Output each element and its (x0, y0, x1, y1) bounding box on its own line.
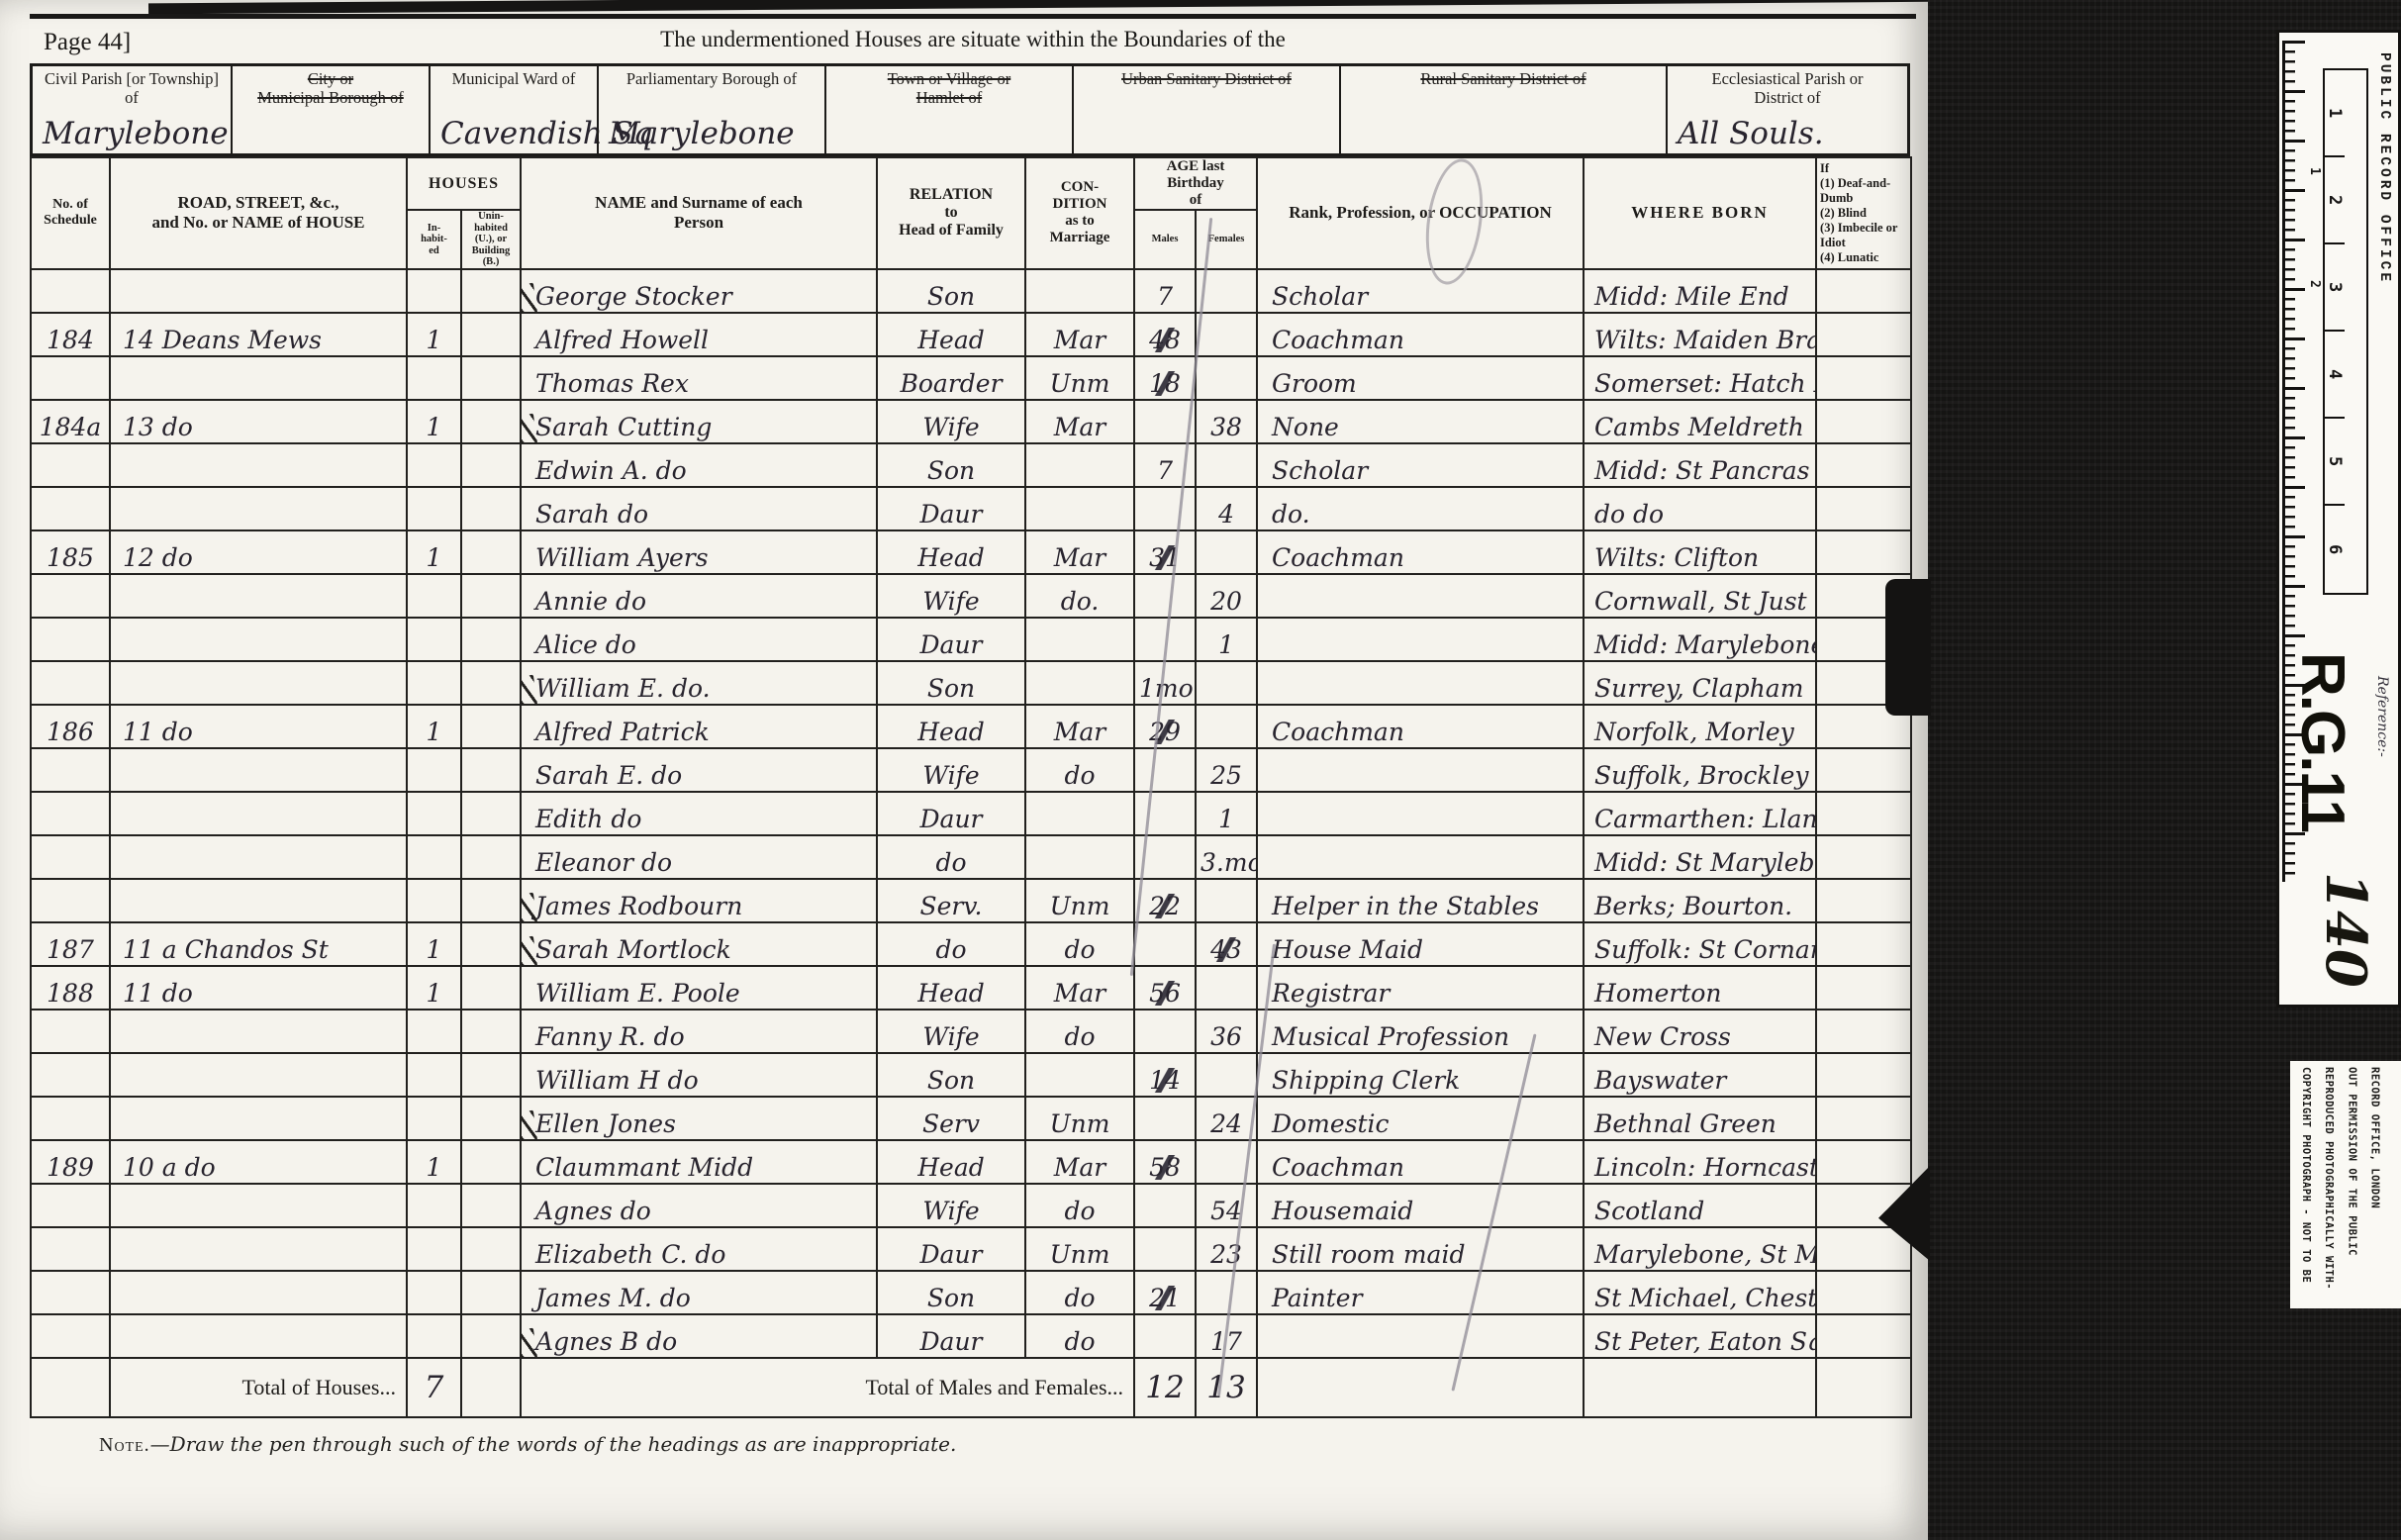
table-row: James Rodbourn Serv. Unm 22 Helper in th… (31, 879, 1911, 922)
age-male: 22 (1145, 894, 1185, 918)
age-female: 1 (1218, 630, 1234, 659)
table-row: Alice do Daur 1 Midd: Marylebone (31, 618, 1911, 661)
person-name: George Stocker (535, 282, 732, 311)
table-row: William E. do. Son 1mo Surrey, Clapham (31, 661, 1911, 705)
address (115, 1022, 123, 1051)
reference-piece: 140 (2313, 872, 2378, 988)
census-rows: George Stocker Son 7 Scholar Midd: Mile … (31, 269, 1911, 1358)
marriage-condition: Mar (1054, 413, 1105, 441)
address (115, 500, 123, 529)
reference-label: Reference:- (2374, 676, 2390, 757)
marriage-condition: do (1064, 761, 1095, 790)
schedule-number: 184a (40, 413, 102, 441)
birthplace: Wilts: Maiden Bradley (1594, 326, 1816, 354)
col-header-relation: RELATION to Head of Family (877, 157, 1025, 269)
ruler-cm-label: 1 (2307, 167, 2322, 175)
inhabited-mark: 1 (427, 1153, 442, 1182)
frame-number: 1 (2325, 70, 2345, 157)
occupation: Registrar (1272, 979, 1390, 1008)
address (115, 1066, 123, 1095)
table-row: 186 11 do 1 Alfred Patrick Head Mar 29 C… (31, 705, 1911, 748)
total-houses-label: Total of Houses... (110, 1358, 407, 1417)
table-row: Edith do Daur 1 Carmarthen: Llangynyad (31, 792, 1911, 835)
totals-row: Total of Houses... 7 Total of Males and … (31, 1358, 1911, 1417)
marriage-condition: do (1064, 1327, 1095, 1356)
table-row: Sarah E. do Wife do 25 Suffolk, Brockley (31, 748, 1911, 792)
scan-edge (148, 0, 2227, 14)
table-row: George Stocker Son 7 Scholar Midd: Mile … (31, 269, 1911, 313)
birthplace: Midd: St Pancras (1594, 456, 1809, 485)
geo-label: Rural Sanitary District of (1341, 70, 1666, 89)
occupation: Scholar (1272, 456, 1368, 485)
address (115, 456, 123, 485)
birthplace: St Peter, Eaton Sq (1594, 1327, 1816, 1356)
relation-to-head: Wife (922, 1022, 979, 1051)
birthplace: Wilts: Clifton (1594, 543, 1759, 572)
occupation: Domestic (1272, 1109, 1389, 1138)
address (115, 282, 123, 311)
occupation: None (1272, 413, 1339, 441)
birthplace: Midd: Mile End (1594, 282, 1789, 311)
age-male: 14 (1145, 1068, 1185, 1093)
address: 14 Deans Mews (115, 326, 322, 354)
person-name: William E. do. (535, 674, 711, 703)
relation-to-head: Serv. (920, 892, 983, 920)
relation-to-head: Head (917, 326, 985, 354)
relation-to-head: Son (927, 1066, 975, 1095)
inhabited-mark: 1 (427, 413, 442, 441)
totals-blank (1816, 1358, 1911, 1417)
film-frame-counter: 123456 (2323, 68, 2368, 595)
address (115, 1109, 123, 1138)
birthplace: Suffolk, Brockley (1594, 761, 1808, 790)
table-row: 185 12 do 1 William Ayers Head Mar 31 Co… (31, 530, 1911, 574)
address (115, 1197, 123, 1225)
totals-blank (1584, 1358, 1816, 1417)
occupation: Scholar (1272, 282, 1368, 311)
col-header-condition: CON- DITION as to Marriage (1025, 157, 1134, 269)
geo-label: Parliamentary Borough of (599, 70, 824, 89)
schedule-number: 189 (47, 1153, 94, 1182)
birthplace: Cornwall, St Just (1594, 587, 1807, 616)
inhabited-mark: 1 (427, 979, 442, 1008)
person-name: Thomas Rex (535, 369, 689, 398)
occupation: Still room maid (1272, 1240, 1465, 1269)
frame-number: 5 (2325, 419, 2345, 506)
col-header-males: Males (1134, 210, 1196, 269)
birthplace: Carmarthen: Llangynyad (1594, 805, 1816, 833)
person-name: James M. do (535, 1284, 691, 1312)
relation-to-head: do (935, 848, 966, 877)
inhabited-mark: 1 (427, 935, 442, 964)
ruler-cm-label: 2 (2307, 280, 2322, 288)
marriage-condition: do. (1061, 587, 1100, 616)
inhabited-mark: 1 (427, 543, 442, 572)
occupation: Shipping Clerk (1272, 1066, 1460, 1095)
total-males-cell: 12 (1134, 1358, 1196, 1417)
person-name: Elizabeth C. do (535, 1240, 725, 1269)
col-header-uninhabited: Unin- habited (U.), or Building (B.) (461, 210, 521, 269)
birthplace: Scotland (1594, 1197, 1704, 1225)
geo-label: Town or Village or Hamlet of (826, 70, 1072, 108)
geo-cell-2: Municipal Ward ofCavendish Sq (429, 66, 597, 153)
reference-series: R.G.11 (2287, 652, 2357, 831)
person-name: Fanny R. do (535, 1022, 685, 1051)
table-row: Agnes B do Daur do 17 St Peter, Eaton Sq (31, 1314, 1911, 1358)
frame-number: 3 (2325, 244, 2345, 332)
geo-label: Civil Parish [or Township] of (33, 70, 231, 108)
geo-value: Marylebone (43, 116, 229, 151)
occupation: Painter (1272, 1284, 1363, 1312)
address: 11 a Chandos St (115, 935, 329, 964)
geo-cell-5: Urban Sanitary District of (1072, 66, 1339, 153)
age-male: 21 (1145, 1286, 1185, 1310)
occupation: House Maid (1272, 935, 1423, 964)
frame-number: 6 (2325, 506, 2345, 593)
inhabited-mark: 1 (427, 326, 442, 354)
marriage-condition: Mar (1054, 979, 1105, 1008)
age-male: 31 (1145, 545, 1185, 570)
birthplace: Somerset: Hatch Beauchamp (1594, 369, 1816, 398)
occupation: do. (1272, 500, 1310, 529)
age-male: 48 (1145, 328, 1185, 352)
age-female: 25 (1210, 761, 1242, 790)
relation-to-head: Head (917, 979, 985, 1008)
person-name: Annie do (535, 587, 646, 616)
birthplace: Homerton (1594, 979, 1722, 1008)
geo-label: Ecclesiastical Parish or District of (1668, 70, 1907, 108)
relation-to-head: Daur (920, 1327, 983, 1356)
person-name: Agnes B do (535, 1327, 677, 1356)
age-male: 56 (1145, 981, 1185, 1006)
person-name: Agnes do (535, 1197, 651, 1225)
age-female: 54 (1210, 1197, 1242, 1225)
schedule-number: 186 (47, 718, 94, 746)
age-female: 20 (1210, 587, 1242, 616)
copyright-card: COPYRIGHT PHOTOGRAPH - NOT TO BE REPRODU… (2290, 1061, 2401, 1308)
table-row: James M. do Son do 21 Painter St Michael… (31, 1271, 1911, 1314)
relation-to-head: Head (917, 1153, 985, 1182)
age-male: 18 (1145, 371, 1185, 396)
person-name: Sarah do (535, 500, 648, 529)
relation-to-head: Son (927, 1284, 975, 1312)
copyright-notice: COPYRIGHT PHOTOGRAPH - NOT TO BE REPRODU… (2294, 1067, 2385, 1302)
age-female: 36 (1210, 1022, 1242, 1051)
person-name: Alfred Howell (535, 326, 709, 354)
birthplace: Midd: Marylebone (1594, 630, 1816, 659)
birthplace: Midd: St Marylebone (1594, 848, 1816, 877)
relation-to-head: Head (917, 718, 985, 746)
archive-reference-card: 1 2 123456 PUBLIC RECORD OFFICE Referenc… (2276, 30, 2401, 1008)
schedule-number: 185 (47, 543, 94, 572)
geo-label: Municipal Ward of (431, 70, 597, 89)
age-male: 58 (1145, 1155, 1185, 1180)
schedule-number: 188 (47, 979, 94, 1008)
relation-to-head: do (935, 935, 966, 964)
address (115, 1327, 123, 1356)
census-form: Page 44] The undermentioned Houses are s… (30, 14, 1916, 1457)
table-header: No. of Schedule ROAD, STREET, &c., and N… (31, 157, 1911, 269)
table-row: Edwin A. do Son 7 Scholar Midd: St Pancr… (31, 443, 1911, 487)
person-name: Sarah Cutting (535, 413, 712, 441)
birthplace: St Michael, Chester Sq (1594, 1284, 1816, 1312)
table-row: 188 11 do 1 William E. Poole Head Mar 56… (31, 966, 1911, 1010)
person-name: Sarah Mortlock (535, 935, 731, 964)
table-row: Ellen Jones Serv Unm 24 Domestic Bethnal… (31, 1097, 1911, 1140)
marriage-condition: do (1064, 1284, 1095, 1312)
geo-cell-6: Rural Sanitary District of (1339, 66, 1666, 153)
page-number: Page 44] (44, 29, 131, 56)
marriage-condition: Mar (1054, 718, 1105, 746)
table-row: Sarah do Daur 4 do. do do (31, 487, 1911, 530)
occupation: Musical Profession (1272, 1022, 1509, 1051)
table-row: Eleanor do do 3.mo Midd: St Marylebone (31, 835, 1911, 879)
col-header-age: AGE last Birthday of (1134, 157, 1257, 210)
geography-header-row: Civil Parish [or Township] ofMaryleboneC… (30, 63, 1910, 156)
relation-to-head: Wife (922, 761, 979, 790)
marriage-condition: Mar (1054, 543, 1105, 572)
relation-to-head: Son (927, 456, 975, 485)
marriage-condition: Unm (1050, 1109, 1110, 1138)
col-header-name: NAME and Surname of each Person (521, 157, 877, 269)
person-name: Edwin A. do (535, 456, 687, 485)
age-male: 7 (1157, 282, 1173, 311)
geo-label: Urban Sanitary District of (1074, 70, 1339, 89)
birthplace: New Cross (1594, 1022, 1731, 1051)
total-houses-value-cell: 7 (407, 1358, 461, 1417)
archive-name: PUBLIC RECORD OFFICE (2376, 52, 2392, 686)
person-name: Sarah E. do (535, 761, 682, 790)
occupation: Coachman (1272, 543, 1404, 572)
table-row: 187 11 a Chandos St 1 Sarah Mortlock do … (31, 922, 1911, 966)
occupation: Groom (1272, 369, 1357, 398)
address (115, 761, 123, 790)
table-row: 189 10 a do 1 Claummant Midd Head Mar 58… (31, 1140, 1911, 1184)
geo-label: City or Municipal Borough of (233, 70, 429, 108)
relation-to-head: Daur (920, 1240, 983, 1269)
occupation: Housemaid (1272, 1197, 1413, 1225)
table-row: 184 14 Deans Mews 1 Alfred Howell Head M… (31, 313, 1911, 356)
address (115, 369, 123, 398)
occupation: Helper in the Stables (1272, 892, 1539, 920)
age-female: 1 (1218, 805, 1234, 833)
geo-cell-3: Parliamentary Borough ofMarylebone (597, 66, 824, 153)
totals-blank (31, 1358, 110, 1417)
col-header-schedule: No. of Schedule (31, 157, 110, 269)
footnote-label: Note. (99, 1434, 150, 1456)
frame-number: 2 (2325, 157, 2345, 244)
address (115, 1284, 123, 1312)
totals-blank (1257, 1358, 1584, 1417)
census-paper: Page 44] The undermentioned Houses are s… (0, 0, 1928, 1540)
age-male: 7 (1157, 456, 1173, 485)
table-row: Fanny R. do Wife do 36 Musical Professio… (31, 1010, 1911, 1053)
total-males-value: 12 (1145, 1370, 1184, 1405)
table-row: Annie do Wife do. 20 Cornwall, St Just (31, 574, 1911, 618)
address: 13 do (115, 413, 193, 441)
age-female: 24 (1210, 1109, 1242, 1138)
address (115, 674, 123, 703)
birthplace: Berks; Bourton. (1594, 892, 1792, 920)
occupation: Coachman (1272, 718, 1404, 746)
person-name: Ellen Jones (535, 1109, 676, 1138)
frame-number: 4 (2325, 332, 2345, 419)
birthplace: Marylebone, St Mary (1594, 1240, 1816, 1269)
birthplace: Bethnal Green (1594, 1109, 1777, 1138)
address: 10 a do (115, 1153, 216, 1182)
relation-to-head: Daur (920, 805, 983, 833)
age-male: 1mo (1139, 674, 1194, 703)
birthplace: Suffolk: St Cornard (1594, 935, 1816, 964)
person-name: Edith do (535, 805, 641, 833)
census-table: No. of Schedule ROAD, STREET, &c., and N… (30, 156, 1912, 1418)
schedule-number: 187 (47, 935, 94, 964)
birthplace: do do (1594, 500, 1664, 529)
total-houses-value: 7 (425, 1370, 444, 1405)
birthplace: Norfolk, Morley (1594, 718, 1794, 746)
birthplace: Bayswater (1594, 1066, 1726, 1095)
totals-blank (461, 1358, 521, 1417)
schedule-number: 184 (47, 326, 94, 354)
birthplace: Surrey, Clapham (1594, 674, 1803, 703)
col-header-infirmity: If (1) Deaf-and-Dumb (2) Blind (3) Imbec… (1816, 157, 1911, 269)
col-header-occupation: Rank, Profession, or OCCUPATION (1257, 157, 1584, 269)
relation-to-head: Son (927, 282, 975, 311)
age-female: 38 (1210, 413, 1242, 441)
person-name: William E. Poole (535, 979, 740, 1008)
address (115, 848, 123, 877)
relation-to-head: Serv (922, 1109, 980, 1138)
col-header-houses: HOUSES (407, 157, 521, 210)
inhabited-mark: 1 (427, 718, 442, 746)
relation-to-head: Daur (920, 500, 983, 529)
marriage-condition: Unm (1050, 369, 1110, 398)
table-row: 184a 13 do 1 Sarah Cutting Wife Mar 38 N… (31, 400, 1911, 443)
age-female: 3.mo (1200, 848, 1257, 877)
birthplace: Lincoln: Horncastle (1594, 1153, 1816, 1182)
geo-value: Marylebone (609, 116, 795, 151)
marriage-condition: Unm (1050, 892, 1110, 920)
birthplace: Cambs Meldreth (1594, 413, 1804, 441)
geo-value: All Souls. (1678, 116, 1824, 151)
col-header-road: ROAD, STREET, &c., and No. or NAME of HO… (110, 157, 407, 269)
person-name: Alfred Patrick (535, 718, 710, 746)
film-notch (1885, 579, 1931, 716)
total-females-cell: 13 (1196, 1358, 1257, 1417)
address: 11 do (115, 979, 193, 1008)
table-row: Agnes do Wife do 54 Housemaid Scotland (31, 1184, 1911, 1227)
relation-to-head: Wife (922, 1197, 979, 1225)
col-header-born: WHERE BORN (1584, 157, 1816, 269)
person-name: Alice do (535, 630, 636, 659)
table-row: Elizabeth C. do Daur Unm 23 Still room m… (31, 1227, 1911, 1271)
marriage-condition: do (1064, 1197, 1095, 1225)
total-females-value: 13 (1206, 1370, 1245, 1405)
marriage-condition: do (1064, 1022, 1095, 1051)
census-scan-page: Page 44] The undermentioned Houses are s… (0, 0, 2401, 1540)
marriage-condition: Mar (1054, 326, 1105, 354)
geo-cell-1: City or Municipal Borough of (231, 66, 429, 153)
table-row: William H do Son 14 Shipping Clerk Baysw… (31, 1053, 1911, 1097)
marriage-condition: Mar (1054, 1153, 1105, 1182)
address (115, 630, 123, 659)
address (115, 892, 123, 920)
totals-section: Total of Houses... 7 Total of Males and … (31, 1358, 1911, 1417)
total-males-females-label: Total of Males and Females... (521, 1358, 1134, 1417)
person-name: William Ayers (535, 543, 709, 572)
relation-to-head: Son (927, 674, 975, 703)
geo-cell-4: Town or Village or Hamlet of (824, 66, 1072, 153)
relation-to-head: Daur (920, 630, 983, 659)
geo-cell-0: Civil Parish [or Township] ofMarylebone (33, 66, 231, 153)
form-title: The undermentioned Houses are situate wi… (30, 19, 1916, 52)
occupation: Coachman (1272, 326, 1404, 354)
person-name: William H do (535, 1066, 699, 1095)
person-name: Claummant Midd (535, 1153, 753, 1182)
address: 11 do (115, 718, 193, 746)
relation-to-head: Wife (922, 413, 979, 441)
footnote: Note.—Draw the pen through such of the w… (99, 1432, 1916, 1457)
age-female: 43 (1206, 937, 1246, 962)
table-row: Thomas Rex Boarder Unm 18 Groom Somerset… (31, 356, 1911, 400)
address (115, 805, 123, 833)
address (115, 587, 123, 616)
col-header-inhabited: In- habit- ed (407, 210, 461, 269)
geo-cell-7: Ecclesiastical Parish or District ofAll … (1666, 66, 1907, 153)
address (115, 1240, 123, 1269)
occupation: Coachman (1272, 1153, 1404, 1182)
relation-to-head: Boarder (901, 369, 1003, 398)
age-female: 4 (1218, 500, 1234, 529)
address: 12 do (115, 543, 193, 572)
marriage-condition: Unm (1050, 1240, 1110, 1269)
person-name: James Rodbourn (535, 892, 742, 920)
marriage-condition: do (1064, 935, 1095, 964)
person-name: Eleanor do (535, 848, 672, 877)
relation-to-head: Head (917, 543, 985, 572)
age-male: 29 (1145, 720, 1185, 744)
form-header: Page 44] The undermentioned Houses are s… (30, 14, 1916, 63)
relation-to-head: Wife (922, 587, 979, 616)
footnote-text: —Draw the pen through such of the words … (150, 1432, 957, 1456)
